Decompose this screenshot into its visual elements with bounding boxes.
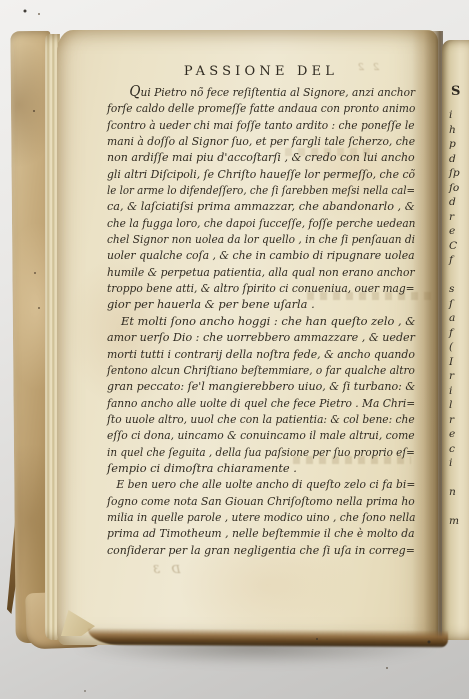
text-line: che la fugga loro, che dapoi ſucceſſe, f… [107, 215, 392, 231]
paragraph: Et molti ſono ancho hoggi : che han queſ… [107, 313, 415, 476]
text-line: morti tutti i contrarij della noſtra fed… [107, 346, 402, 362]
facing-line-fragment: ſo [449, 181, 469, 196]
running-header: PASSIONE DEL [107, 63, 415, 80]
text-line: Qui Pietro nõ fece reſiſtentia al Signor… [107, 84, 394, 100]
text-line: amor uerſo Dio : che uorrebbero ammazzar… [107, 329, 407, 345]
text-line: gior per hauerla & per bene uſarla . [107, 296, 415, 312]
text-line: gran peccato: ſe'l mangierebbero uiuo, &… [107, 378, 406, 394]
body-text: Qui Pietro nõ fece reſiſtentia al Signor… [107, 84, 415, 558]
paragraph: E ben uero che alle uolte ancho di queſt… [107, 476, 415, 558]
facing-line-fragment: h [449, 123, 469, 138]
facing-line-fragment: r [449, 210, 469, 225]
text-line: uoler qualche coſa , & che in cambio di … [107, 247, 401, 263]
facing-line-fragment: i [449, 384, 469, 399]
facing-line-fragment [449, 268, 469, 283]
text-line: conſiderar per la gran negligentia che ſ… [107, 542, 403, 558]
text-line: humile & perpetua patientia, alla qual n… [107, 264, 397, 280]
facing-line-fragment: ſ [449, 297, 469, 312]
facing-header-fragment: S [451, 84, 460, 99]
facing-line-fragment: e [449, 427, 469, 442]
text-line: milia in quelle parole , utere modico ui… [107, 509, 394, 525]
facing-line-fragment: i [449, 108, 469, 123]
text-line: ſentono alcun Chriſtiano beſtemmiare, o … [107, 362, 392, 378]
text-line: ſogno come nota San Giouan Chriſoſtomo n… [107, 493, 397, 509]
facing-line-fragment: e [449, 224, 469, 239]
text-line: chel Signor non uolea da lor quello , in… [107, 231, 393, 247]
paragraph: Qui Pietro nõ fece reſiſtentia al Signor… [107, 84, 415, 313]
facing-line-fragment: ( [449, 340, 469, 355]
facing-line-fragment [449, 471, 469, 486]
text-line: in quel che ſeguita , della ſua paſsione… [107, 444, 388, 460]
facing-line-fragment: C [449, 239, 469, 254]
facing-line-fragment: p [449, 137, 469, 152]
page-text-block: PASSIONE DEL Qui Pietro nõ fece reſiſten… [107, 63, 415, 558]
facing-line-fragment: f [449, 253, 469, 268]
facing-line-fragment: s [449, 282, 469, 297]
text-line: ſempio ci dimoſtra chiaramente . [107, 460, 415, 476]
text-line: E ben uero che alle uolte ancho di queſt… [107, 476, 397, 492]
text-line: forſe caldo delle promeſſe fatte andaua … [107, 100, 394, 116]
showthrough-signature-mark: D 3 [149, 563, 180, 576]
text-line: troppo bene atti, & altro ſpirito ci con… [107, 280, 394, 296]
text-line: gli altri Diſcipoli, ſe Chriſto haueſſe … [107, 166, 400, 182]
text-line: eſſo ci dona, uincamo & conuincamo il ma… [107, 427, 397, 443]
text-line: ſto uuole altro, uuol che con la patient… [107, 411, 394, 427]
facing-line-fragment: ſp [449, 166, 469, 181]
facing-line-fragment: d [449, 195, 469, 210]
text-line: fanno ancho alle uolte di quel che fece … [107, 395, 395, 411]
dust-specks [0, 0, 2, 2]
facing-line-fragment: l [449, 398, 469, 413]
facing-line-fragment: r [449, 413, 469, 428]
facing-line-fragment: m [449, 514, 469, 529]
facing-line-fragments: ihpdſpſodreCf sſaf(Irilreci n m [449, 108, 469, 543]
facing-line-fragment: c [449, 442, 469, 457]
text-line: mani à doſſo al Signor ſuo, et per fargl… [107, 133, 398, 149]
facing-page-sliver: S ihpdſpſodreCf sſaf(Irilreci n m [442, 40, 469, 640]
facing-line-fragment: r [449, 369, 469, 384]
text-line: prima ad Timotheum , nelle beſtemmie il … [107, 525, 399, 541]
facing-line-fragment: I [449, 355, 469, 370]
photo-scene: PASSIONE DEL Qui Pietro nõ fece reſiſten… [0, 0, 469, 699]
facing-line-fragment: i [449, 456, 469, 471]
book-bottom-edge [88, 628, 448, 649]
facing-line-fragment [449, 529, 469, 544]
gutter-shadow [412, 31, 443, 644]
facing-line-fragment: a [449, 311, 469, 326]
facing-line-fragment: d [449, 152, 469, 167]
text-line: non ardiſſe mai piu d'accoſtarſi , & cre… [107, 149, 405, 165]
text-line: ca, & laſciatiſsi prima ammazzar, che ab… [107, 198, 411, 214]
text-line: ſcontro à ueder chi mai foſſe tanto ardi… [107, 117, 394, 133]
facing-line-fragment [449, 500, 469, 515]
facing-line-fragment: n [449, 485, 469, 500]
facing-line-fragment: f [449, 326, 469, 341]
text-line: le lor arme lo difendeſſero, che ſi ſare… [107, 182, 384, 198]
book-page: PASSIONE DEL Qui Pietro nõ fece reſiſten… [57, 30, 438, 645]
text-line: Et molti ſono ancho hoggi : che han queſ… [107, 313, 415, 329]
